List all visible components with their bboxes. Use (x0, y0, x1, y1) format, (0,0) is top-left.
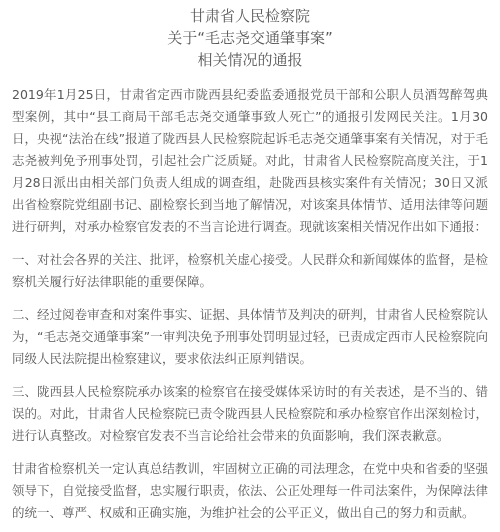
notice-document: 甘肃省人民检察院 关于“毛志尧交通肇事案” 相关情况的通报 2019年1月25日… (0, 0, 500, 532)
document-title: 甘肃省人民检察院 关于“毛志尧交通肇事案” 相关情况的通报 (12, 5, 488, 71)
paragraph-point-1: 一、对社会各界的关注、批评，检察机关虚心接受。人民群众和新闻媒体的监督，是检察机… (12, 249, 488, 293)
paragraph-closing: 甘肃省检察机关一定认真总结教训，牢固树立正确的司法理念，在党中央和省委的坚强领导… (12, 458, 488, 524)
paragraph-point-2: 二、经过阅卷审查和对案件事实、证据、具体情节及判决的研判，甘肃省人民检察院认为，… (12, 304, 488, 370)
title-line-subject: 关于“毛志尧交通肇事案” (12, 27, 488, 49)
paragraph-point-3: 三、陇西县人民检察院承办该案的检察官在接受媒体采访时的有关表述，是不当的、错误的… (12, 381, 488, 447)
paragraph-intro: 2019年1月25日，甘肃省定西市陇西县纪委监委通报党员干部和公职人员酒驾醉驾典… (12, 84, 488, 238)
title-line-org: 甘肃省人民检察院 (12, 5, 488, 27)
title-line-type: 相关情况的通报 (12, 49, 488, 71)
